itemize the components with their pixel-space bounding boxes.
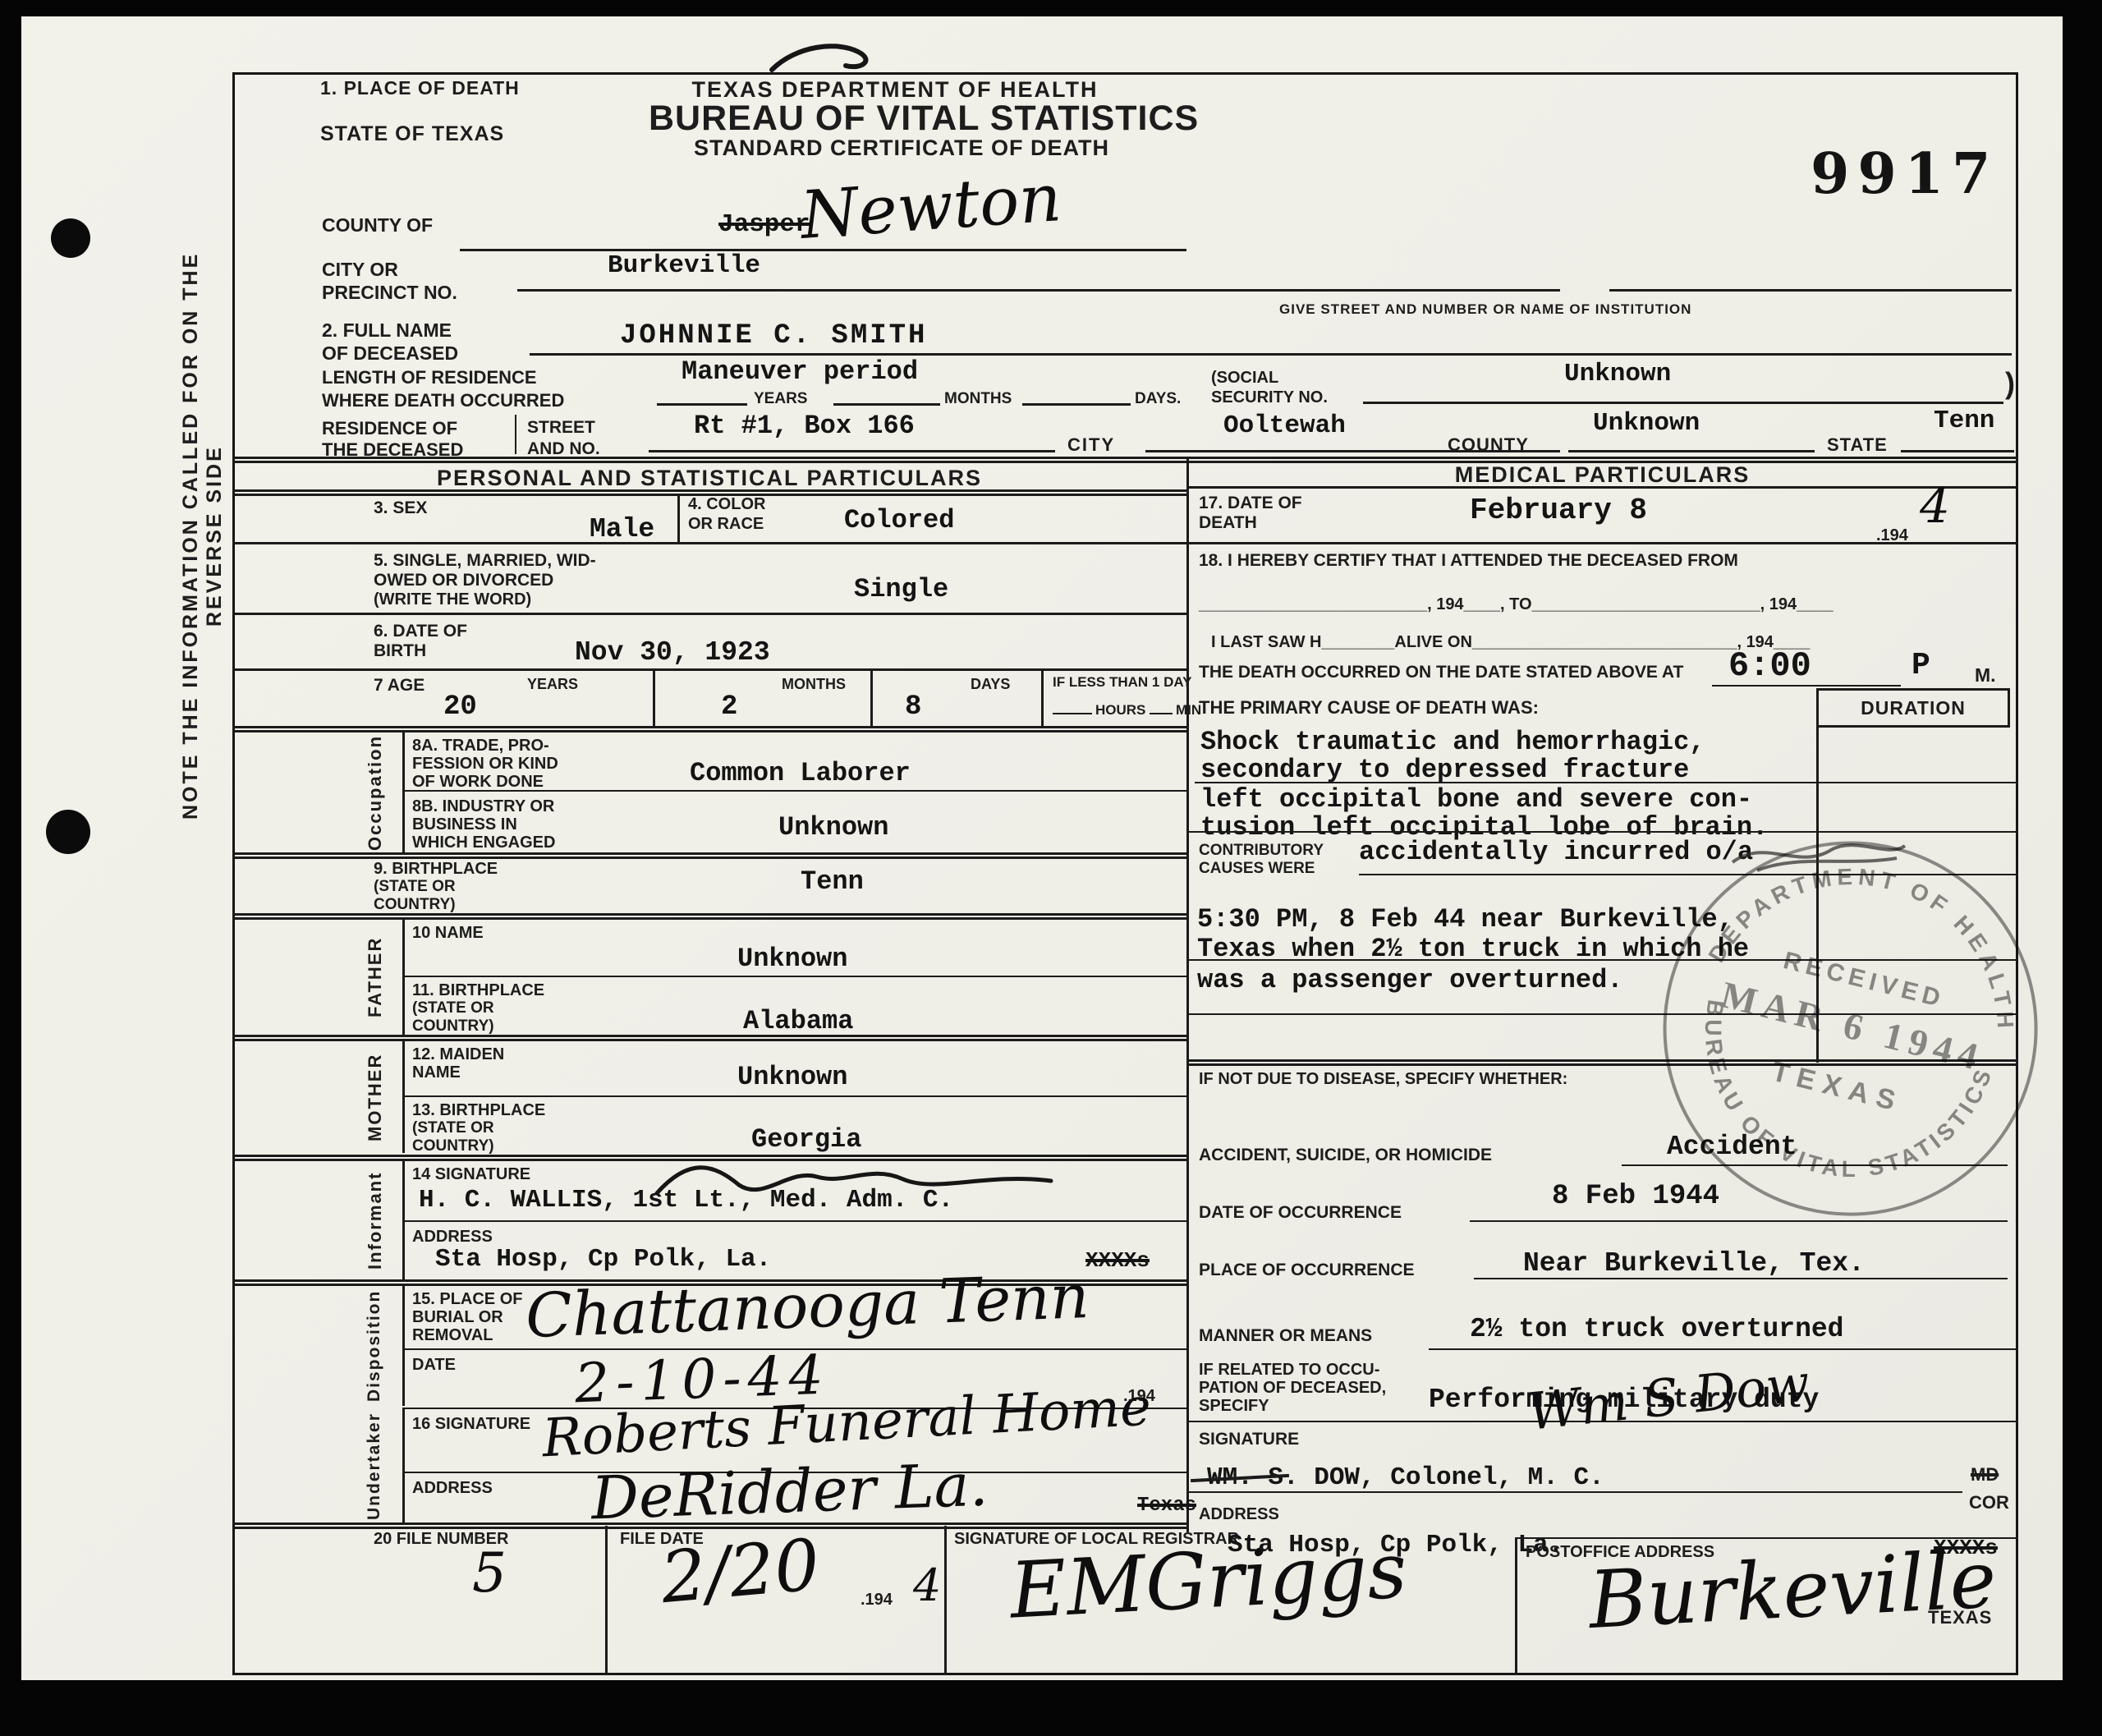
marital-label-1: 5. SINGLE, MARRIED, WID-	[374, 552, 596, 570]
burial-place-value: Chattanooga Tenn	[525, 1271, 1090, 1343]
dod-year-hand: 4	[1920, 486, 1950, 526]
informant-signature-typed: H. C. WALLIS, 1st Lt., Med. Adm. C.	[419, 1187, 953, 1213]
hole-punch-top	[51, 218, 90, 258]
birthplace-label-2: (STATE OR	[374, 879, 456, 895]
rule	[1041, 668, 1044, 728]
rule	[1150, 713, 1173, 714]
undertaker-address-struck: Texas	[1137, 1496, 1196, 1516]
rule	[232, 542, 1186, 544]
file-date-print-194: .194	[861, 1591, 893, 1609]
trade-label-3: OF WORK DONE	[412, 774, 544, 791]
rule	[460, 249, 1186, 251]
rule	[1022, 403, 1131, 406]
ssn-value: Unknown	[1564, 361, 1671, 387]
father-bp-label-1: 11. BIRTHPLACE	[412, 982, 544, 999]
certify-line-1: 18. I HEREBY CERTIFY THAT I ATTENDED THE…	[1199, 552, 1738, 570]
residence-length-label-2: WHERE DEATH OCCURRED	[322, 391, 564, 410]
cor-option: COR	[1969, 1493, 2009, 1512]
death-occurred-time: 6:00	[1728, 649, 1811, 683]
primary-cause-label: THE PRIMARY CAUSE OF DEATH WAS:	[1199, 698, 1539, 717]
contrib-line-4: was a passenger overturned.	[1197, 967, 1622, 994]
street-no-label-2: AND NO.	[527, 440, 600, 458]
rule	[605, 1526, 608, 1675]
age-months-value: 2	[721, 693, 737, 721]
informant-address-struck: XXXXs	[1085, 1250, 1150, 1271]
industry-label-1: 8B. INDUSTRY OR	[412, 798, 554, 815]
hours-label: HOURS	[1095, 703, 1145, 718]
scanned-death-certificate: NOTE THE INFORMATION CALLED FOR ON THE R…	[0, 0, 2102, 1736]
rule	[1609, 289, 2012, 292]
months-label: MONTHS	[944, 391, 1012, 407]
medical-section-title: MEDICAL PARTICULARS	[1186, 463, 2018, 486]
age-months-label: MONTHS	[782, 677, 846, 692]
rule	[1568, 450, 1815, 452]
color-race-label-1: 4. COLOR	[688, 496, 765, 513]
contrib-line-2: 5:30 PM, 8 Feb 44 near Burkeville,	[1197, 907, 1733, 933]
birthplace-label-3: COUNTRY)	[374, 897, 456, 913]
sex-label: 3. SEX	[374, 499, 427, 517]
rule	[402, 1286, 405, 1406]
street-institution-note: GIVE STREET AND NUMBER OR NAME OF INSTIT…	[1279, 302, 1691, 317]
industry-value: Unknown	[778, 815, 888, 841]
rule	[402, 976, 1186, 977]
certify-line-2: _________________________, 194____, TO__…	[1199, 596, 1834, 613]
rule	[530, 353, 2012, 356]
date-of-death-label-1: 17. DATE OF	[1199, 494, 1302, 512]
hole-punch-bottom	[46, 810, 90, 854]
rule	[402, 790, 1186, 792]
state-col-label: STATE	[1827, 435, 1888, 454]
street-no-value: Rt #1, Box 166	[694, 413, 915, 439]
rule	[677, 496, 680, 542]
color-race-value: Colored	[844, 507, 954, 534]
informant-address-label: ADDRESS	[412, 1229, 493, 1246]
rule	[232, 1522, 1186, 1529]
mother-name-label-2: NAME	[412, 1064, 461, 1082]
rule	[833, 403, 940, 406]
personal-section-title: PERSONAL AND STATISTICAL PARTICULARS	[232, 466, 1186, 489]
rule	[649, 450, 1055, 452]
city-precinct-label-1: CITY OR	[322, 259, 398, 279]
manner-means-value: 2½ ton truck overturned	[1470, 1316, 1843, 1343]
days-label: DAYS.	[1135, 391, 1181, 407]
date-of-death-label-2: DEATH	[1199, 514, 1257, 532]
rule	[232, 457, 2018, 463]
cause-line-3: left occipital bone and severe con-	[1200, 787, 1752, 813]
burial-date-label: DATE	[412, 1357, 456, 1374]
rule	[517, 289, 1560, 292]
mother-bp-label-2: (STATE OR	[412, 1120, 494, 1137]
min-label: MIN	[1176, 703, 1201, 718]
death-occurred-label: THE DEATH OCCURRED ON THE DATE STATED AB…	[1199, 664, 1683, 682]
sex-value: Male	[590, 516, 654, 543]
bureau-title: BUREAU OF VITAL STATISTICS	[649, 100, 1141, 137]
undertaker-signature-label: 16 SIGNATURE	[412, 1416, 530, 1433]
trade-label-2: FESSION OR KIND	[412, 755, 558, 773]
paren-mark: )	[2005, 368, 2015, 399]
industry-label-2: BUSINESS IN	[412, 816, 517, 834]
contrib-label-2: CAUSES WERE	[1199, 861, 1315, 877]
informant-address-value: Sta Hosp, Cp Polk, La.	[435, 1247, 771, 1272]
date-occurrence-label: DATE OF OCCURRENCE	[1199, 1204, 1402, 1222]
residence-length-value: Maneuver period	[682, 359, 918, 385]
rule	[944, 1526, 947, 1675]
rule	[1429, 1348, 2018, 1350]
street-no-label-1: STREET	[527, 419, 595, 437]
residence-of-label-1: RESIDENCE OF	[322, 419, 457, 438]
mother-name-label-1: 12. MAIDEN	[412, 1046, 504, 1063]
fullname-label-1: 2. FULL NAME	[322, 320, 452, 340]
father-name-value: Unknown	[737, 946, 847, 972]
father-group-label: FATHER	[365, 920, 397, 1035]
city-label: CITY	[1067, 435, 1115, 454]
city-value: Ooltewah	[1223, 413, 1346, 439]
dob-label-1: 6. DATE OF	[374, 622, 467, 641]
occ-related-label-1: IF RELATED TO OCCU-	[1199, 1362, 1379, 1379]
rule	[1515, 1537, 1517, 1675]
undertaker-address-value: DeRidder La.	[590, 1460, 989, 1524]
occ-related-label-3: SPECIFY	[1199, 1398, 1269, 1415]
rule	[1186, 486, 2018, 489]
county-col-value: Unknown	[1593, 411, 1700, 436]
rule	[232, 852, 1186, 859]
rule	[1186, 542, 2018, 544]
md-option: MD	[1971, 1465, 1999, 1484]
rule	[232, 613, 1186, 615]
state-col-value: Tenn	[1934, 408, 1994, 434]
rule	[1901, 450, 2014, 452]
age-years-label: YEARS	[527, 677, 578, 692]
residence-length-label-1: LENGTH OF RESIDENCE	[322, 368, 537, 387]
place-occurrence-label: PLACE OF OCCURRENCE	[1199, 1261, 1415, 1279]
file-date-hand-year: 4	[913, 1567, 941, 1605]
rule	[870, 668, 873, 728]
postoffice-state-print: TEXAS	[1928, 1608, 1992, 1627]
birthplace-value: Tenn	[801, 869, 864, 895]
death-occurred-m: M.	[1975, 665, 1996, 685]
mother-bp-label-3: COUNTRY)	[412, 1138, 494, 1155]
cause-line-1: Shock traumatic and hemorrhagic,	[1200, 729, 1705, 755]
trade-value: Common Laborer	[690, 760, 911, 787]
rule	[402, 1220, 1186, 1222]
fullname-value: JOHNNIE C. SMITH	[620, 322, 927, 350]
birthplace-label-1: 9. BIRTHPLACE	[374, 861, 498, 878]
certificate-number: 9917	[1811, 146, 1999, 202]
rule	[1474, 1278, 2008, 1279]
file-date-value: 2/20	[659, 1536, 822, 1610]
dob-value: Nov 30, 1923	[575, 639, 770, 666]
rule	[1363, 402, 2003, 404]
occupation-group-label: Occupation	[365, 733, 397, 852]
if-not-disease-label: IF NOT DUE TO DISEASE, SPECIFY WHETHER:	[1199, 1071, 1567, 1088]
county-col-label: COUNTY	[1448, 435, 1529, 454]
marital-label-2: OWED OR DIVORCED	[374, 572, 553, 590]
rule	[232, 913, 1186, 920]
county-struck-value: Jasper	[718, 212, 810, 237]
undertaker-group-label: Undertaker	[365, 1409, 397, 1524]
rule	[515, 415, 516, 454]
age-label: 7 AGE	[374, 677, 425, 695]
city-precinct-value: Burkeville	[608, 253, 760, 278]
duration-label: DURATION	[1816, 698, 2010, 718]
color-race-label-2: OR RACE	[688, 516, 764, 533]
ssn-label-1: (SOCIAL	[1211, 370, 1278, 387]
physician-address-label: ADDRESS	[1199, 1506, 1279, 1523]
mother-bp-label-1: 13. BIRTHPLACE	[412, 1102, 545, 1119]
state-of-texas-label: STATE OF TEXAS	[320, 123, 504, 145]
father-bp-value: Alabama	[743, 1008, 853, 1035]
father-bp-label-3: COUNTRY)	[412, 1018, 494, 1035]
father-name-label: 10 NAME	[412, 925, 484, 942]
industry-label-3: WHICH ENGAGED	[412, 834, 555, 852]
burial-label-2: BURIAL OR	[412, 1309, 503, 1326]
rule	[232, 726, 1186, 733]
last-saw-line: I LAST SAW H________ALIVE ON____________…	[1211, 634, 1810, 651]
trade-label-1: 8A. TRADE, PRO-	[412, 737, 549, 755]
if-less-label: IF LESS THAN 1 DAY	[1053, 675, 1191, 690]
place-of-death-label: 1. PLACE OF DEATH	[320, 78, 520, 98]
mother-group-label: MOTHER	[365, 1041, 397, 1153]
rule	[402, 1409, 405, 1524]
age-days-value: 8	[905, 693, 921, 721]
informant-signature-label: 14 SIGNATURE	[412, 1166, 530, 1183]
age-years-value: 20	[443, 693, 477, 721]
ssn-label-2: SECURITY NO.	[1211, 389, 1328, 406]
death-occurred-p: P	[1912, 650, 1930, 682]
rule	[402, 1041, 405, 1153]
burial-label-1: 15. PLACE OF	[412, 1291, 522, 1308]
rule	[402, 920, 405, 1035]
rule	[1186, 457, 1189, 1532]
mother-name-value: Unknown	[737, 1064, 847, 1091]
informant-group-label: Informant	[365, 1161, 397, 1279]
reverse-side-note: NOTE THE INFORMATION CALLED FOR ON THE R…	[179, 246, 212, 825]
rule	[1712, 685, 1901, 687]
county-label: COUNTY OF	[322, 215, 433, 235]
accident-suicide-label: ACCIDENT, SUICIDE, OR HOMICIDE	[1199, 1146, 1492, 1164]
rule	[232, 1035, 1186, 1041]
rule	[1186, 1491, 1962, 1493]
physician-signature-label: SIGNATURE	[1199, 1431, 1299, 1449]
date-of-death-value: February 8	[1470, 496, 1647, 526]
city-precinct-label-2: PRECINCT NO.	[322, 282, 457, 302]
physician-address-value: Sta Hosp, Cp Polk, La.	[1228, 1532, 1563, 1558]
marital-label-3: (WRITE THE WORD)	[374, 591, 531, 609]
undertaker-address-label: ADDRESS	[412, 1480, 493, 1497]
rule	[1195, 782, 2018, 783]
disposition-group-label: Disposition	[365, 1286, 397, 1406]
dob-label-2: BIRTH	[374, 642, 426, 660]
rule	[657, 403, 747, 406]
rule	[1053, 713, 1092, 714]
occ-related-label-2: PATION OF DECEASED,	[1199, 1380, 1386, 1397]
county-handwritten-value: Newton	[799, 170, 1063, 244]
place-occurrence-value: Near Burkeville, Tex.	[1523, 1250, 1865, 1277]
contrib-label-1: CONTRIBUTORY	[1199, 843, 1324, 859]
manner-means-label: MANNER OR MEANS	[1199, 1327, 1372, 1345]
file-number-value: 5	[472, 1550, 507, 1596]
father-bp-label-2: (STATE OR	[412, 1000, 494, 1017]
rule	[402, 733, 405, 852]
fullname-label-2: OF DECEASED	[322, 343, 458, 363]
cause-line-2: secondary to depressed fracture	[1200, 757, 1689, 783]
age-days-label: DAYS	[971, 677, 1010, 692]
rule	[402, 1095, 1186, 1097]
marital-value: Single	[854, 576, 948, 603]
years-label: YEARS	[754, 391, 807, 407]
standard-title: STANDARD CERTIFICATE OF DEATH	[694, 136, 1096, 159]
rule	[653, 668, 655, 728]
burial-label-3: REMOVAL	[412, 1327, 493, 1344]
